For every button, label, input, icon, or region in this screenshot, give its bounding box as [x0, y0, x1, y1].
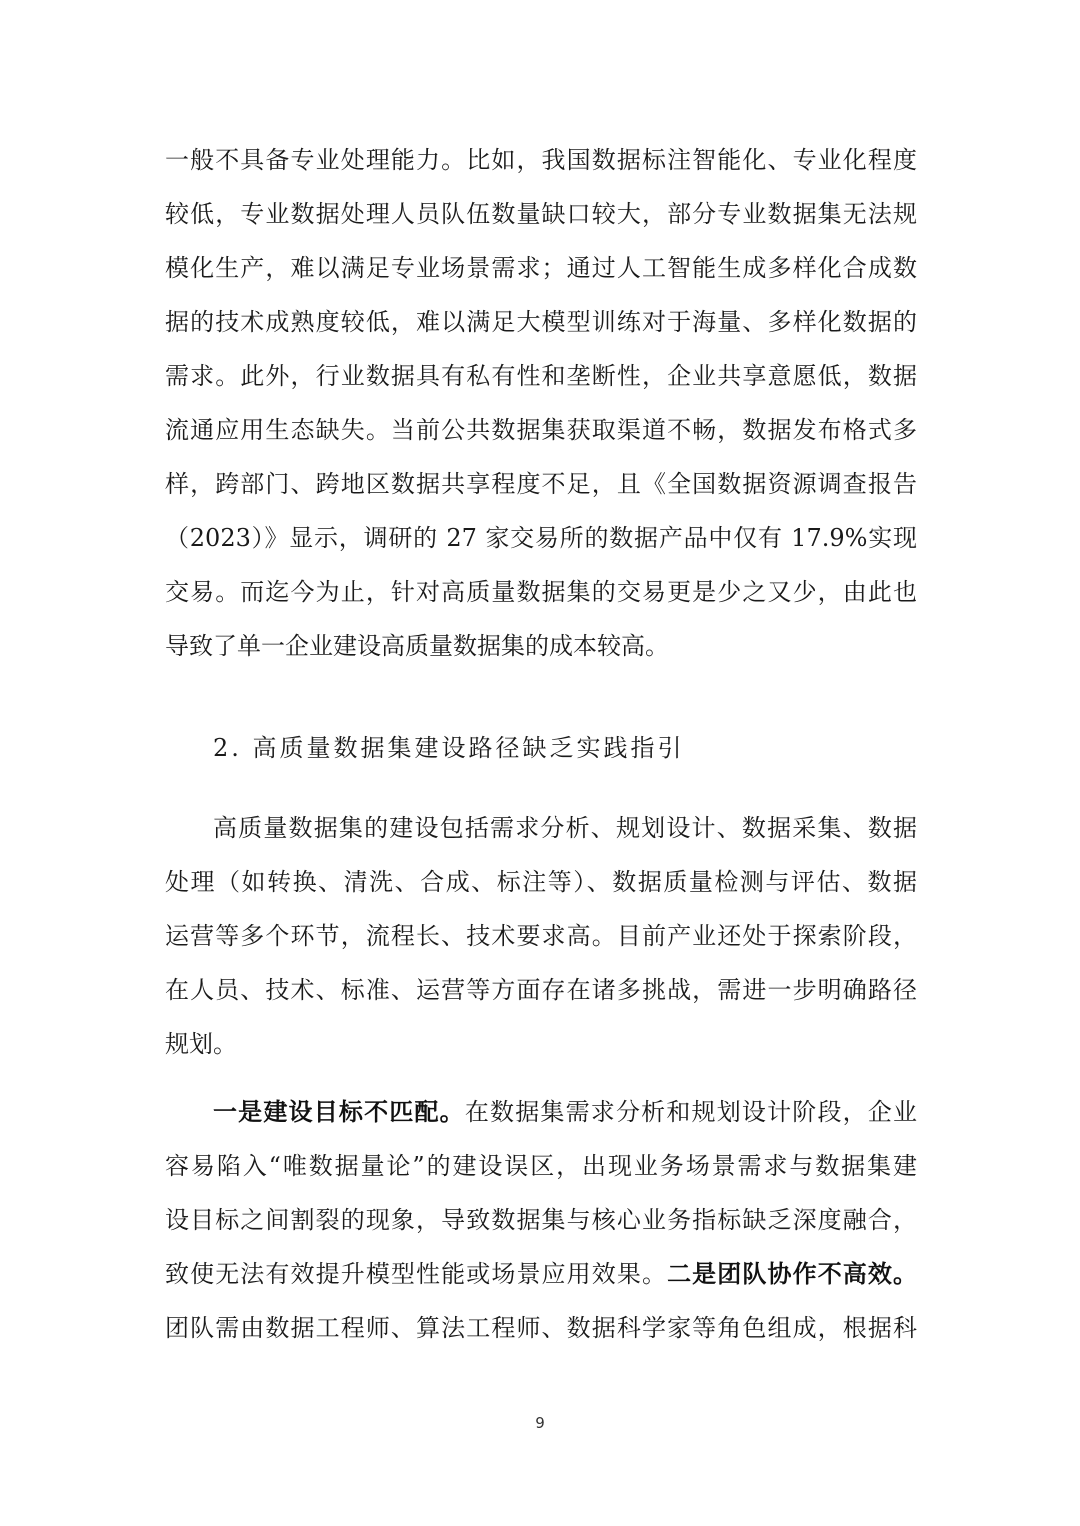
document-page: 一般不具备专业处理能力。比如，我国数据标注智能化、专业化程度 较低，专业数据处理… [0, 0, 1080, 1526]
text-span: 在数据集需求分析和规划设计阶段，企业 [465, 1098, 917, 1126]
text-line: 流通应用生态缺失。当前公共数据集获取渠道不畅，数据发布格式多 [165, 410, 917, 450]
text-line: 交易。而迄今为止，针对高质量数据集的交易更是少之又少，由此也 [165, 572, 917, 612]
page-number: 9 [0, 1414, 1080, 1432]
text-span: 致使无法有效提升模型性能或场景应用效果。 [165, 1260, 667, 1288]
text-line: 据的技术成熟度较低，难以满足大模型训练对于海量、多样化数据的 [165, 302, 917, 342]
text-line: 一是建设目标不匹配。在数据集需求分析和规划设计阶段，企业 [213, 1092, 917, 1132]
text-line: 运营等多个环节，流程长、技术要求高。目前产业还处于探索阶段， [165, 916, 917, 956]
text-line: 规划。 [165, 1024, 917, 1064]
bold-lead-phrase: 二是团队协作不高效。 [667, 1260, 917, 1288]
text-line: 需求。此外，行业数据具有私有性和垄断性，企业共享意愿低，数据 [165, 356, 917, 396]
bold-lead-phrase: 一是建设目标不匹配。 [213, 1098, 465, 1126]
text-line: 高质量数据集的建设包括需求分析、规划设计、数据采集、数据 [213, 808, 917, 848]
text-line: 导致了单一企业建设高质量数据集的成本较高。 [165, 626, 917, 666]
text-line: 样，跨部门、跨地区数据共享程度不足，且《全国数据资源调查报告 [165, 464, 917, 504]
text-line: 容易陷入“唯数据量论”的建设误区，出现业务场景需求与数据集建 [165, 1146, 917, 1186]
text-line: 一般不具备专业处理能力。比如，我国数据标注智能化、专业化程度 [165, 140, 917, 180]
text-line: 团队需由数据工程师、算法工程师、数据科学家等角色组成，根据科 [165, 1308, 917, 1348]
text-line: （2023）》显示，调研的 27 家交易所的数据产品中仅有 17.9%实现 [165, 518, 917, 558]
section-heading: 2. 高质量数据集建设路径缺乏实践指引 [213, 728, 685, 768]
text-line: 在人员、技术、标准、运营等方面存在诸多挑战，需进一步明确路径 [165, 970, 917, 1010]
text-line: 模化生产，难以满足专业场景需求；通过人工智能生成多样化合成数 [165, 248, 917, 288]
text-line: 处理（如转换、清洗、合成、标注等）、数据质量检测与评估、数据 [165, 862, 917, 902]
text-line: 致使无法有效提升模型性能或场景应用效果。二是团队协作不高效。 [165, 1254, 917, 1294]
text-line: 较低，专业数据处理人员队伍数量缺口较大，部分专业数据集无法规 [165, 194, 917, 234]
text-line: 设目标之间割裂的现象，导致数据集与核心业务指标缺乏深度融合， [165, 1200, 917, 1240]
